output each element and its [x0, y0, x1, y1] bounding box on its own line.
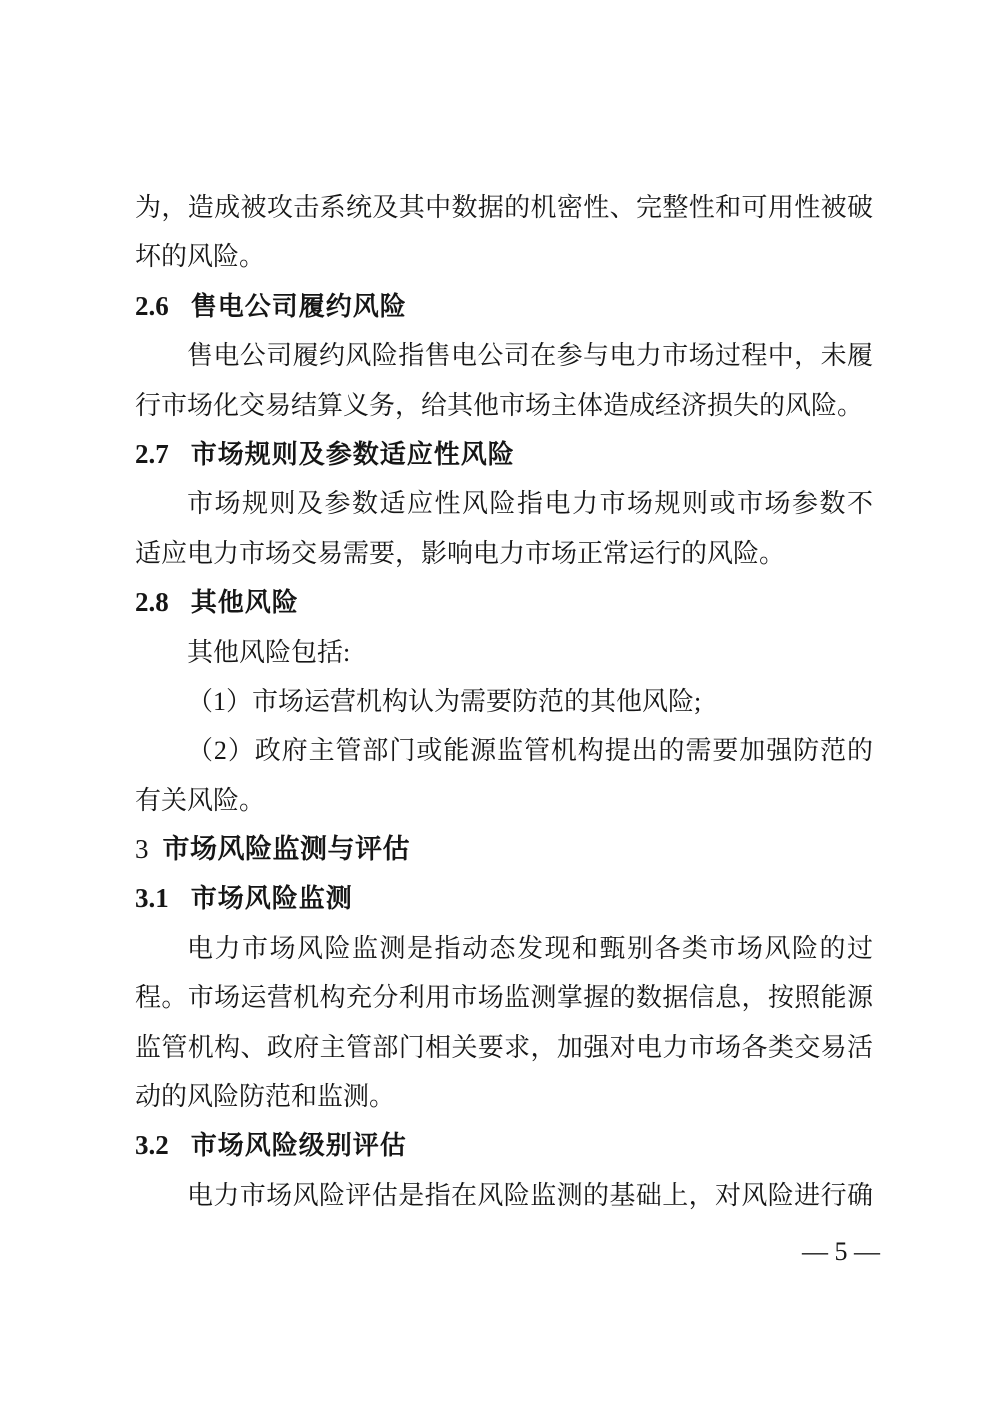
heading-text: 市场风险监测与评估 [163, 834, 411, 864]
body-text-line: 为，造成被攻击系统及其中数据的机密性、完整性和可用性被破 [135, 183, 873, 232]
body-text-line: 监管机构、政府主管部门相关要求，加强对电力市场各类交易活 [135, 1023, 873, 1072]
document-page: 为，造成被攻击系统及其中数据的机密性、完整性和可用性被破坏的风险。2.6售电公司… [0, 0, 1000, 1414]
subsection-heading: 2.6售电公司履约风险 [135, 282, 873, 331]
body-text-line: 适应电力市场交易需要，影响电力市场正常运行的风险。 [135, 529, 873, 578]
document-body: 为，造成被攻击系统及其中数据的机密性、完整性和可用性被破坏的风险。2.6售电公司… [135, 183, 873, 1220]
heading-number: 3.1 [135, 883, 169, 913]
heading-text: 市场风险级别评估 [191, 1130, 407, 1160]
body-text-line: 电力市场风险监测是指动态发现和甄别各类市场风险的过 [135, 924, 873, 973]
heading-text: 售电公司履约风险 [191, 291, 407, 321]
section-heading: 3市场风险监测与评估 [135, 825, 873, 874]
heading-text: 市场风险监测 [191, 883, 353, 913]
body-text-line: 售电公司履约风险指售电公司在参与电力市场过程中，未履 [135, 331, 873, 380]
body-text-line: 动的风险防范和监测。 [135, 1072, 873, 1121]
heading-number: 2.7 [135, 439, 169, 469]
body-text-line: 市场规则及参数适应性风险指电力市场规则或市场参数不 [135, 479, 873, 528]
body-text-line: 有关风险。 [135, 776, 873, 825]
subsection-heading: 2.8其他风险 [135, 578, 873, 627]
subsection-heading: 3.2市场风险级别评估 [135, 1121, 873, 1170]
heading-number: 3 [135, 834, 149, 864]
body-text-line: 程。市场运营机构充分利用市场监测掌握的数据信息，按照能源 [135, 973, 873, 1022]
body-text-line: 其他风险包括: [135, 628, 873, 677]
body-text-line: 坏的风险。 [135, 232, 873, 281]
body-text-line: 电力市场风险评估是指在风险监测的基础上，对风险进行确 [135, 1171, 873, 1220]
body-text-line: （1）市场运营机构认为需要防范的其他风险; [135, 677, 873, 726]
heading-text: 其他风险 [191, 587, 299, 617]
heading-number: 2.6 [135, 291, 169, 321]
heading-text: 市场规则及参数适应性风险 [191, 439, 515, 469]
subsection-heading: 2.7市场规则及参数适应性风险 [135, 430, 873, 479]
body-text-line: 行市场化交易结算义务，给其他市场主体造成经济损失的风险。 [135, 381, 873, 430]
page-number: — 5 — [802, 1236, 880, 1268]
heading-number: 3.2 [135, 1130, 169, 1160]
body-text-line: （2）政府主管部门或能源监管机构提出的需要加强防范的 [135, 726, 873, 775]
subsection-heading: 3.1市场风险监测 [135, 874, 873, 923]
heading-number: 2.8 [135, 587, 169, 617]
